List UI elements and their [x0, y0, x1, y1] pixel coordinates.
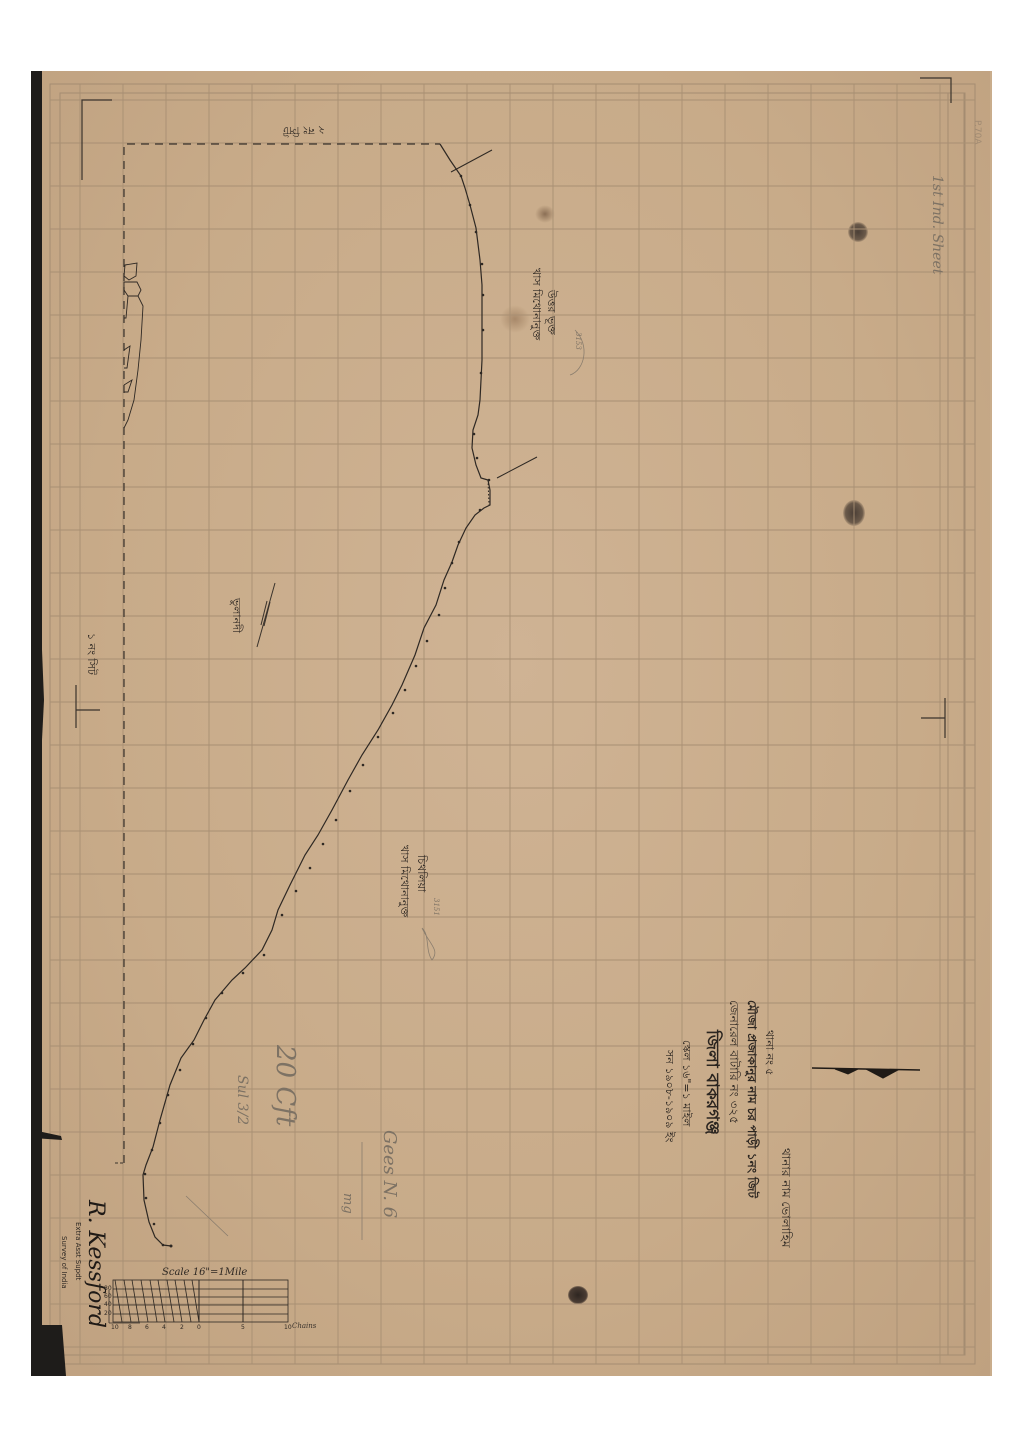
sheet-2-label: ২ নং সিট: [283, 120, 325, 139]
scale-bar: [113, 1280, 288, 1322]
pencil-note-gees: Gees N. 6: [379, 1130, 400, 1218]
scale-bengali: স্কেল ১৬"=১ মাইল: [676, 1040, 695, 1127]
district-name: জিলা বাকরগঞ্জ: [697, 1030, 725, 1135]
scale-tick: 0: [197, 1324, 201, 1331]
pencil-note-top-right: 1st Ind. Sheet: [929, 175, 945, 274]
scale-unit: Chains: [292, 1322, 316, 1330]
station-points: [144, 175, 491, 1248]
scale-tick: 2: [180, 1324, 184, 1331]
boundary-line: [143, 144, 490, 1246]
signature-org: Survey of India: [60, 1236, 68, 1289]
registration-marks: [76, 78, 951, 738]
corner-mark: P.70A: [972, 120, 982, 145]
pencil-note-20-cft: 20 Cft: [270, 1045, 300, 1126]
sheet-boundary-dashed: [124, 144, 440, 1163]
general-battery-number: জেনারেল বাটারি নং ৩২৫: [722, 1000, 742, 1124]
pencil-note-initials: Sul 3/2: [234, 1075, 250, 1125]
tie-lines: [451, 150, 537, 478]
signature-rule: [109, 1290, 140, 1323]
thana-number: থানা নং ৫: [759, 1030, 778, 1076]
pencil-note-3153: 3153: [574, 332, 582, 350]
north-mouza-sublabel: খাস মিথোনানুক্ত: [526, 268, 545, 340]
pencil-note-3151: 3151: [432, 898, 440, 916]
pencil-note-mg: mg: [340, 1193, 355, 1214]
scale-tick: 5: [241, 1324, 245, 1331]
north-arrow: [812, 1068, 920, 1078]
thana-name: থানার নাম ভোলাহিম: [777, 1148, 795, 1248]
river-arrow-symbol: [257, 583, 275, 647]
scale-tick: 8: [128, 1324, 132, 1331]
signature: R. Kessford: [83, 1200, 108, 1328]
scale-tick: 10: [111, 1324, 119, 1331]
river-label: ভুলানদী: [226, 598, 245, 633]
sheet-frame: [50, 84, 975, 1364]
island-feature: [124, 263, 143, 428]
survey-grid: [50, 84, 975, 1364]
year: সন ১৯০৮-১৯০৯ ইং: [659, 1050, 678, 1142]
south-mouza-label: চিথলিয়া: [411, 855, 430, 892]
mouza-name: মৌজা প্রজাকানুর নাম চর পাড়ী ১নং জিট: [740, 1000, 760, 1198]
signature-title: Extra Asst Supdt: [74, 1222, 82, 1280]
title-block: থানার নাম ভোলাহিম: [777, 1148, 795, 1248]
scale-tick: 6: [145, 1324, 149, 1331]
sheet-1-label: ১ নং সিট: [81, 633, 100, 675]
map-drawing: [0, 0, 1024, 1447]
south-mouza-sublabel: খাস মিথোনানুক্ত: [394, 845, 413, 917]
scale-tick: 10: [284, 1324, 292, 1331]
scale-title: Scale 16"=1Mile: [162, 1267, 247, 1278]
scale-tick: 4: [162, 1324, 166, 1331]
